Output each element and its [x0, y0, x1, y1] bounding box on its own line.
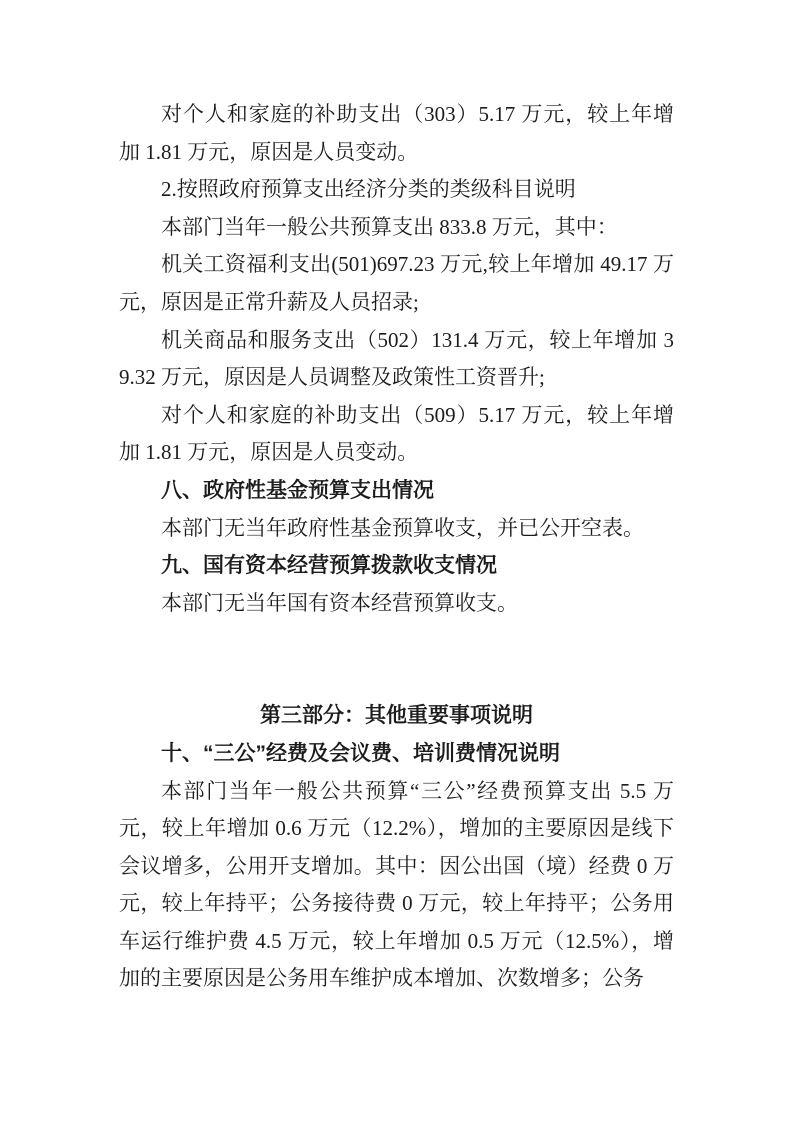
paragraph-no-gov-fund: 本部门无当年政府性基金预算收支，并已公开空表。	[119, 510, 674, 548]
heading-section-nine: 九、国有资本经营预算拨款收支情况	[119, 547, 674, 585]
section-title-part-three: 第三部分：其他重要事项说明	[119, 697, 674, 735]
paragraph-goods-services-502: 机关商品和服务支出（502）131.4 万元，较上年增加 39.32 万元，原因…	[119, 322, 674, 397]
heading-section-ten: 十、“三公”经费及会议费、培训费情况说明	[119, 735, 674, 773]
paragraph-no-state-capital: 本部门无当年国有资本经营预算收支。	[119, 585, 674, 623]
paragraph-classification-note: 2.按照政府预算支出经济分类的类级科目说明	[119, 171, 674, 209]
paragraph-subsidy-303: 对个人和家庭的补助支出（303）5.17 万元，较上年增加 1.81 万元，原因…	[119, 96, 674, 171]
paragraph-total-budget: 本部门当年一般公共预算支出 833.8 万元，其中：	[119, 209, 674, 247]
paragraph-subsidy-509: 对个人和家庭的补助支出（509）5.17 万元，较上年增加 1.81 万元，原因…	[119, 397, 674, 472]
heading-section-eight: 八、政府性基金预算支出情况	[119, 472, 674, 510]
paragraph-three-public-expenses: 本部门当年一般公共预算“三公”经费预算支出 5.5 万元，较上年增加 0.6 万…	[119, 773, 674, 999]
paragraph-wage-welfare-501: 机关工资福利支出(501)697.23 万元,较上年增加 49.17 万元，原因…	[119, 246, 674, 321]
section-gap	[119, 622, 674, 697]
document-page: 对个人和家庭的补助支出（303）5.17 万元，较上年增加 1.81 万元，原因…	[0, 0, 793, 1122]
